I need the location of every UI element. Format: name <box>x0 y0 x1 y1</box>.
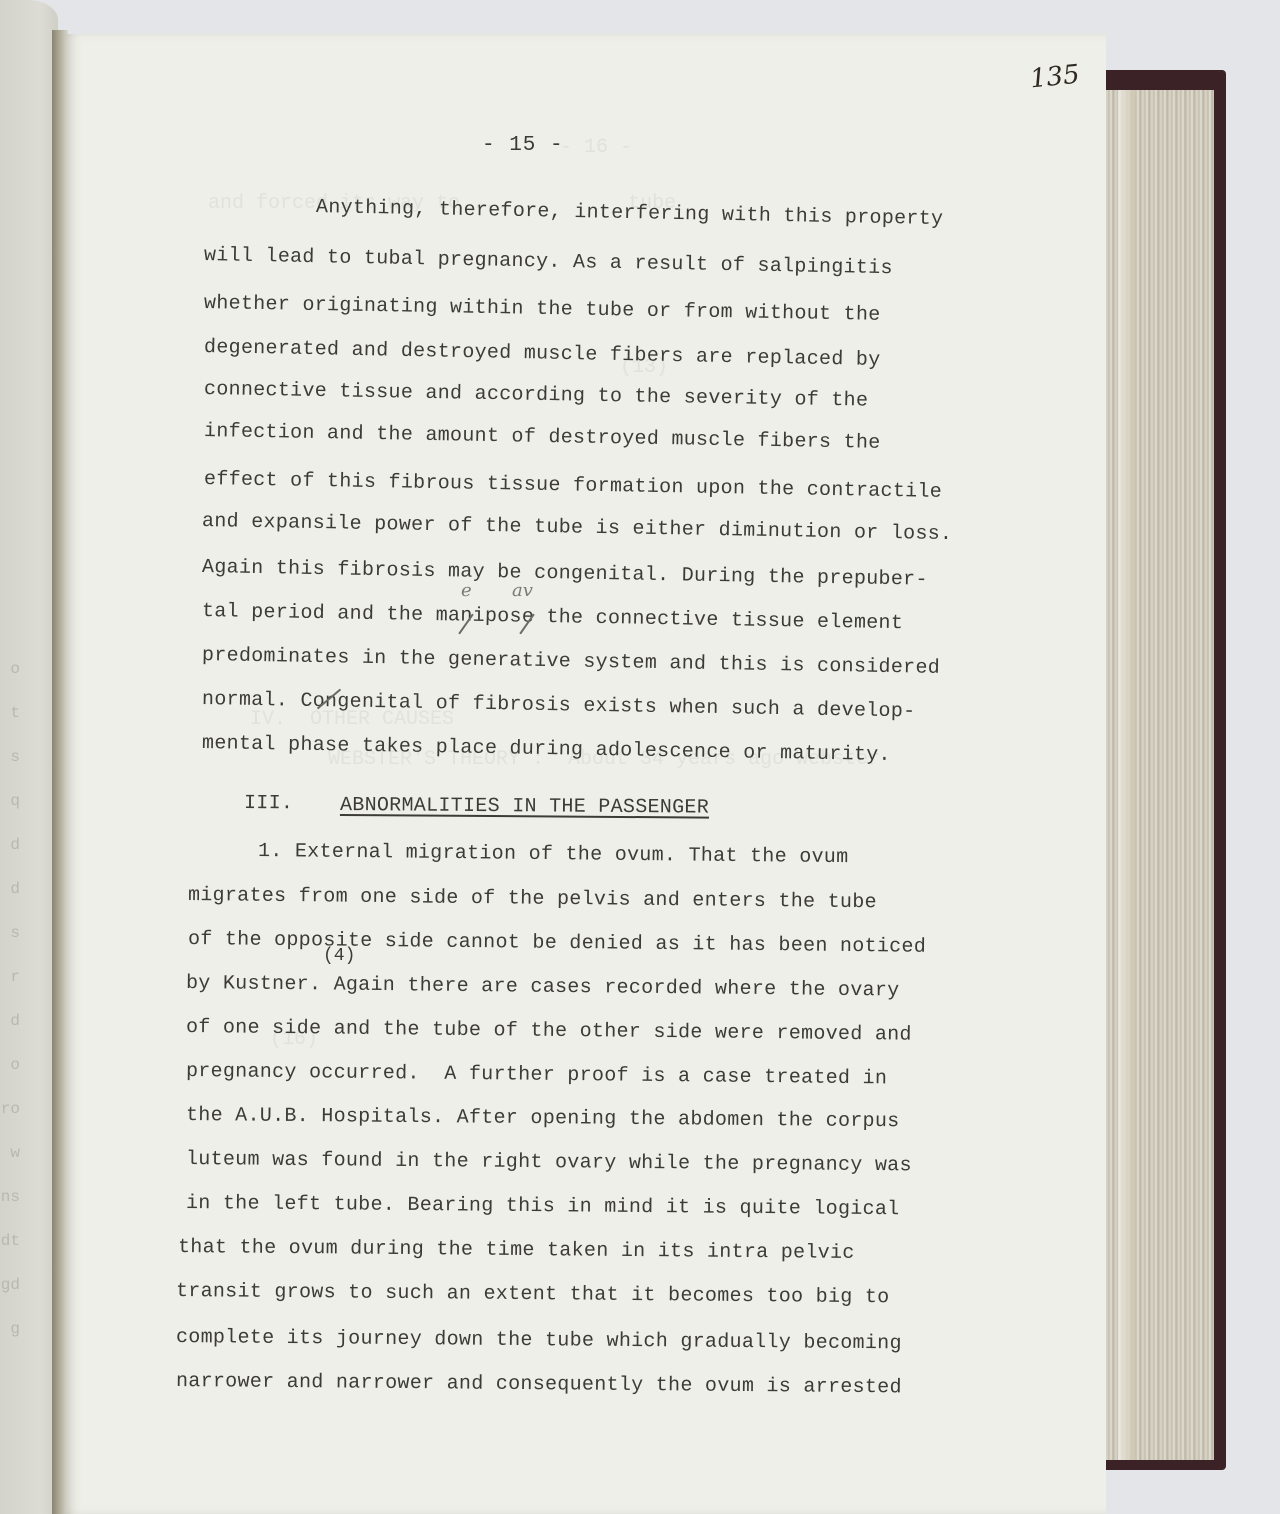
facing-page-text-fragment: ro <box>0 1100 20 1118</box>
handwritten-correction: av <box>512 580 533 601</box>
bleed-through-text: - 16 - <box>560 136 632 159</box>
facing-page-text-fragment: d <box>0 880 20 898</box>
facing-page-text-fragment: d <box>0 1012 20 1030</box>
handwritten-folio-number: 135 <box>1029 59 1082 94</box>
facing-page-text-fragment: gd <box>0 1276 20 1294</box>
facing-left-page: otsqddsrdorownsdtgdg <box>0 0 58 1514</box>
facing-page-text-fragment: o <box>0 1056 20 1074</box>
page-number: - 15 - <box>482 134 564 157</box>
handwritten-correction: e <box>461 580 472 601</box>
facing-page-text-fragment: g <box>0 1320 20 1338</box>
facing-page-text-fragment: s <box>0 924 20 942</box>
facing-page-text-fragment: o <box>0 660 20 678</box>
facing-page-text-fragment: dt <box>0 1232 20 1250</box>
facing-page-text-fragment: ns <box>0 1188 20 1206</box>
facing-page-text-fragment: s <box>0 748 20 766</box>
facing-page-text-fragment: t <box>0 704 20 722</box>
facing-page-text-fragment: q <box>0 792 20 810</box>
section-number: III. <box>244 792 293 815</box>
section-heading: ABNORMALITIES IN THE PASSENGER <box>340 794 709 820</box>
facing-page-text-fragment: w <box>0 1144 20 1162</box>
facing-page-text-fragment: d <box>0 836 20 854</box>
page-edges <box>1098 90 1214 1460</box>
facing-page-text-fragment: r <box>0 968 20 986</box>
footnote-reference: (4) <box>323 946 355 966</box>
